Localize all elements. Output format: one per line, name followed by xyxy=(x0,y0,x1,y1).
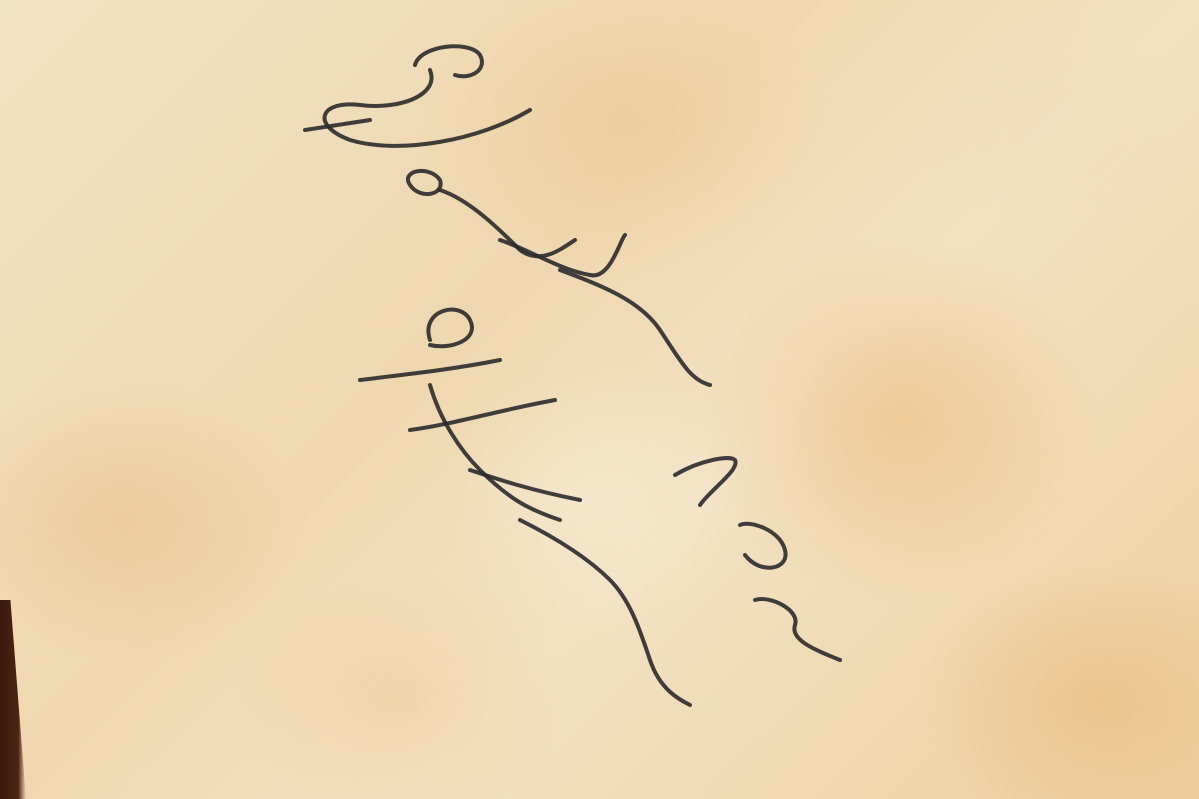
handwritten-signature xyxy=(0,0,1199,799)
fabric-photo: Gordon Johnson 2023 xyxy=(0,0,1199,799)
